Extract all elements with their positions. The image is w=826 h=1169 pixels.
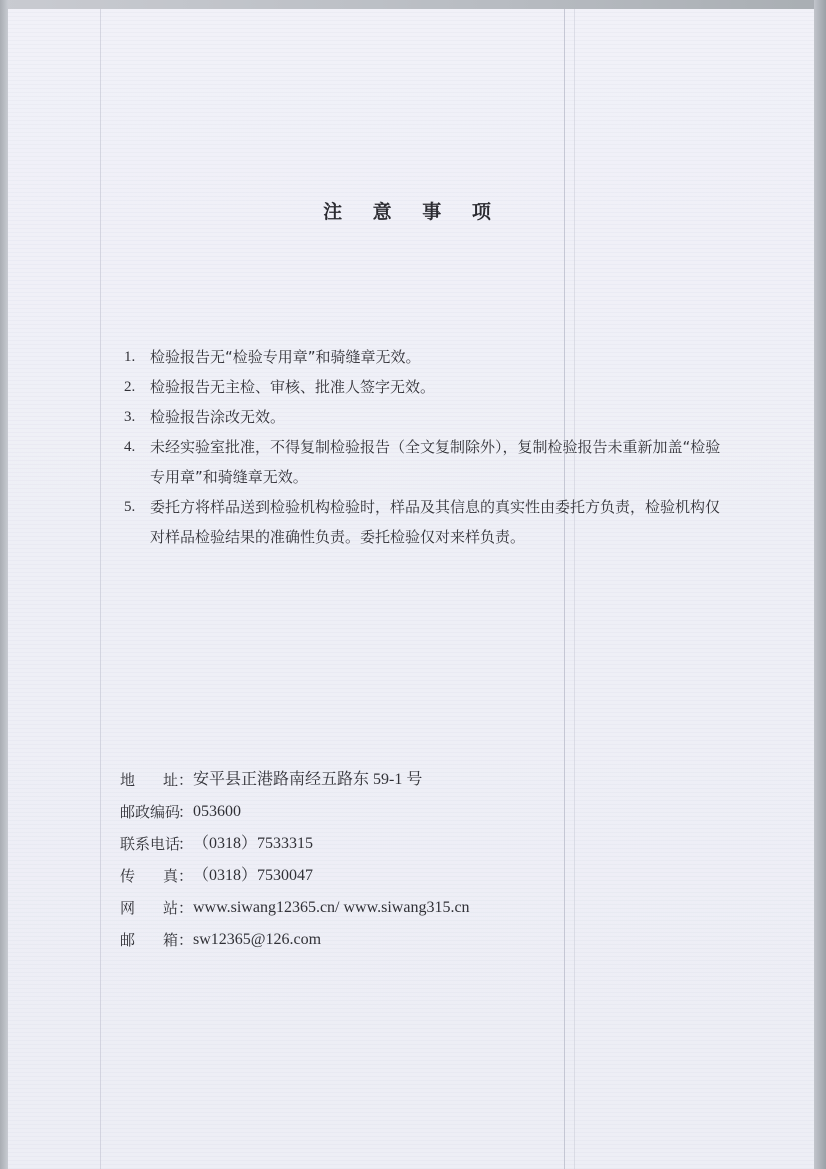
fax-row: 传 真 ： （0318）7530047 [120, 860, 470, 892]
website-label: 网 站 [120, 892, 178, 924]
email-row: 邮 箱 ： sw12365@126.com [120, 924, 470, 956]
notice-item: 2. 检验报告无主检、审核、批准人签字无效。 [124, 372, 724, 402]
address-row: 地 址 ： 安平县正港路南经五路东 59-1 号 [120, 764, 470, 796]
address-value: 安平县正港路南经五路东 59-1 号 [193, 764, 422, 796]
notice-item: 3. 检验报告涂改无效。 [124, 402, 724, 432]
phone-row: 联系电话 ： （0318）7533315 [120, 828, 470, 860]
document-page [8, 9, 814, 1169]
notice-list: 1. 检验报告无“检验专用章”和骑缝章无效。 2. 检验报告无主检、审核、批准人… [124, 342, 724, 552]
paper-fold-line [100, 9, 101, 1169]
notice-text: 检验报告无“检验专用章”和骑缝章无效。 [150, 342, 724, 372]
phone-label: 联系电话 [120, 828, 178, 860]
postcode-label: 邮政编码 [120, 796, 178, 828]
fax-label: 传 真 [120, 860, 178, 892]
email-value: sw12365@126.com [193, 924, 321, 956]
scan-edge-right [814, 0, 826, 1169]
phone-value: （0318）7533315 [193, 828, 313, 860]
website-value: www.siwang12365.cn/ www.siwang315.cn [193, 892, 470, 924]
notice-text: 委托方将样品送到检验机构检验时，样品及其信息的真实性由委托方负责，检验机构仅对样… [150, 492, 724, 552]
page-title: 注 意 事 项 [0, 197, 826, 224]
notice-text: 检验报告涂改无效。 [150, 402, 724, 432]
notice-item: 4. 未经实验室批准，不得复制检验报告（全文复制除外），复制检验报告未重新加盖“… [124, 432, 724, 492]
notice-item: 1. 检验报告无“检验专用章”和骑缝章无效。 [124, 342, 724, 372]
notice-number: 4. [124, 432, 150, 462]
notice-number: 3. [124, 402, 150, 432]
paper-fold-line [564, 9, 565, 1169]
email-label: 邮 箱 [120, 924, 178, 956]
notice-item: 5. 委托方将样品送到检验机构检验时，样品及其信息的真实性由委托方负责，检验机构… [124, 492, 724, 552]
postcode-value: 053600 [193, 796, 241, 828]
scan-edge-left [0, 0, 8, 1169]
postcode-row: 邮政编码 ： 053600 [120, 796, 470, 828]
address-label: 地 址 [120, 764, 178, 796]
scan-edge-top [0, 0, 826, 9]
notice-number: 1. [124, 342, 150, 372]
notice-number: 5. [124, 492, 150, 522]
notice-text: 未经实验室批准，不得复制检验报告（全文复制除外），复制检验报告未重新加盖“检验专… [150, 432, 724, 492]
fax-value: （0318）7530047 [193, 860, 313, 892]
website-row: 网 站 ： www.siwang12365.cn/ www.siwang315.… [120, 892, 470, 924]
contact-info: 地 址 ： 安平县正港路南经五路东 59-1 号 邮政编码 ： 053600 联… [120, 764, 470, 956]
notice-number: 2. [124, 372, 150, 402]
notice-text: 检验报告无主检、审核、批准人签字无效。 [150, 372, 724, 402]
paper-fold-line [574, 9, 575, 1169]
